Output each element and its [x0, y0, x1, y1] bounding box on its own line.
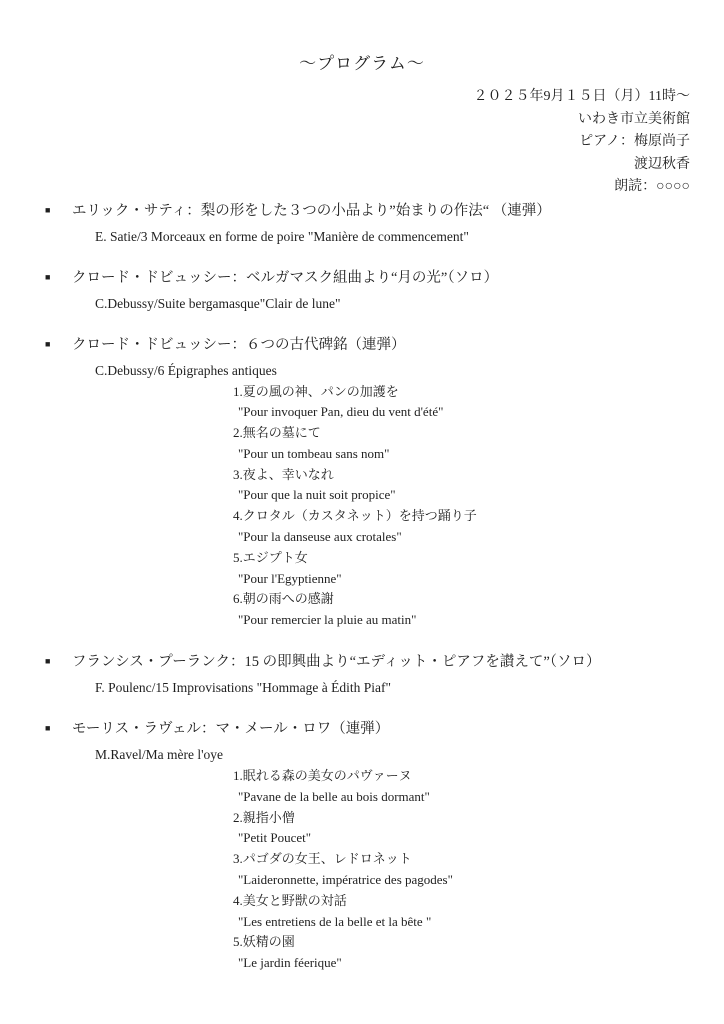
- bullet-square-icon: ■: [45, 724, 50, 733]
- movement-title-jp: 1.眠れる森の美女のパヴァーヌ: [233, 766, 724, 787]
- movement: 4.美女と野獣の対話 "Les entretiens de la belle e…: [233, 891, 724, 933]
- movement-title-jp: 4.美女と野獣の対話: [233, 891, 724, 912]
- movement-title-fr: "Pour un tombeau sans nom": [233, 444, 724, 465]
- movement-title-jp: 4.クロタル（カスタネット）を持つ踊り子: [233, 506, 724, 527]
- movement: 1.夏の風の神、パンの加護を "Pour invoquer Pan, dieu …: [233, 382, 724, 424]
- piece-title-jp: フランシス・プーランク：15 の即興曲より“エディット・ピアフを讃えて”（ソロ）: [72, 654, 601, 670]
- movement-title-jp: 2.親指小僧: [233, 808, 724, 829]
- movement-title-fr: "Pour invoquer Pan, dieu du vent d'été": [233, 402, 724, 423]
- performer-piano-1: ピアノ：梅原尚子: [0, 131, 690, 154]
- program-item: ■ エリック・サティ：梨の形をした３つの小品より”始まりの作法“ （連弾） E.…: [0, 201, 724, 247]
- movement: 4.クロタル（カスタネット）を持つ踊り子 "Pour la danseuse a…: [233, 506, 724, 548]
- piece-title-jp: クロード・ドビュッシー：６つの古代碑銘（連弾）: [72, 337, 406, 353]
- piece-line: ■ クロード・ドビュッシー：６つの古代碑銘（連弾）: [0, 335, 724, 356]
- movement: 5.妖精の園 "Le jardin féerique": [233, 932, 724, 974]
- movement-list: 1.夏の風の神、パンの加護を "Pour invoquer Pan, dieu …: [0, 382, 724, 632]
- movement-title-jp: 6.朝の雨への感謝: [233, 589, 724, 610]
- piece-title-latin: C.Debussy/6 Épigraphes antiques: [0, 360, 724, 381]
- page-title: ～プログラム～: [0, 0, 724, 75]
- piece-title-latin: F. Poulenc/15 Improvisations "Hommage à …: [0, 677, 724, 698]
- piece-title-latin: C.Debussy/Suite bergamasque"Clair de lun…: [0, 293, 724, 314]
- event-info: ２０２５年9月１５日（月）11時～ いわき市立美術館 ピアノ：梅原尚子 渡辺秋香…: [0, 86, 724, 199]
- movement-title-fr: "Pour la danseuse aux crotales": [233, 527, 724, 548]
- movement: 3.パゴダの女王、レドロネット "Laideronnette, impératr…: [233, 849, 724, 891]
- movement-title-fr: "Pour remercier la pluie au matin": [233, 610, 724, 631]
- movement: 1.眠れる森の美女のパヴァーヌ "Pavane de la belle au b…: [233, 766, 724, 808]
- movement-title-fr: "Pour l'Egyptienne": [233, 569, 724, 590]
- movement-title-fr: "Les entretiens de la belle et la bête ": [233, 912, 724, 933]
- bullet-square-icon: ■: [45, 273, 50, 282]
- movement-title-jp: 3.パゴダの女王、レドロネット: [233, 849, 724, 870]
- movement: 5.エジプト女 "Pour l'Egyptienne": [233, 548, 724, 590]
- movement-list: 1.眠れる森の美女のパヴァーヌ "Pavane de la belle au b…: [0, 766, 724, 974]
- concert-program-page: ～プログラム～ ２０２５年9月１５日（月）11時～ いわき市立美術館 ピアノ：梅…: [0, 0, 724, 1024]
- movement-title-fr: "Le jardin féerique": [233, 953, 724, 974]
- bullet-square-icon: ■: [45, 340, 50, 349]
- movement-title-jp: 1.夏の風の神、パンの加護を: [233, 382, 724, 403]
- program-list: ■ エリック・サティ：梨の形をした３つの小品より”始まりの作法“ （連弾） E.…: [0, 201, 724, 975]
- program-item: ■ クロード・ドビュッシー：ベルガマスク組曲より“月の光”（ソロ） C.Debu…: [0, 268, 724, 314]
- movement-title-fr: "Pour que la nuit soit propice": [233, 485, 724, 506]
- event-venue: いわき市立美術館: [0, 109, 690, 132]
- movement-title-jp: 3.夜よ、幸いなれ: [233, 465, 724, 486]
- piece-title-latin: M.Ravel/Ma mère l'oye: [0, 744, 724, 765]
- bullet-square-icon: ■: [45, 657, 50, 666]
- piece-title-jp: モーリス・ラヴェル：マ・メール・ロワ（連弾）: [72, 721, 389, 737]
- movement-title-fr: "Laideronnette, impératrice des pagodes": [233, 870, 724, 891]
- performer-narrator: 朗読：○○○○: [0, 176, 690, 199]
- movement-title-fr: "Petit Poucet": [233, 828, 724, 849]
- bullet-square-icon: ■: [45, 206, 50, 215]
- movement: 2.親指小僧 "Petit Poucet": [233, 808, 724, 850]
- piece-title-latin: E. Satie/3 Morceaux en forme de poire "M…: [0, 226, 724, 247]
- piece-line: ■ クロード・ドビュッシー：ベルガマスク組曲より“月の光”（ソロ）: [0, 268, 724, 289]
- movement: 2.無名の墓にて "Pour un tombeau sans nom": [233, 423, 724, 465]
- piece-title-jp: エリック・サティ：梨の形をした３つの小品より”始まりの作法“ （連弾）: [72, 203, 551, 219]
- movement-title-jp: 5.妖精の園: [233, 932, 724, 953]
- movement-title-jp: 5.エジプト女: [233, 548, 724, 569]
- piece-line: ■ モーリス・ラヴェル：マ・メール・ロワ（連弾）: [0, 719, 724, 740]
- movement: 3.夜よ、幸いなれ "Pour que la nuit soit propice…: [233, 465, 724, 507]
- piece-title-jp: クロード・ドビュッシー：ベルガマスク組曲より“月の光”（ソロ）: [72, 270, 498, 286]
- event-datetime: ２０２５年9月１５日（月）11時～: [0, 86, 690, 109]
- program-item: ■ フランシス・プーランク：15 の即興曲より“エディット・ピアフを讃えて”（ソ…: [0, 652, 724, 698]
- piece-line: ■ エリック・サティ：梨の形をした３つの小品より”始まりの作法“ （連弾）: [0, 201, 724, 222]
- movement-title-fr: "Pavane de la belle au bois dormant": [233, 787, 724, 808]
- movement-title-jp: 2.無名の墓にて: [233, 423, 724, 444]
- program-item: ■ モーリス・ラヴェル：マ・メール・ロワ（連弾） M.Ravel/Ma mère…: [0, 719, 724, 974]
- movement: 6.朝の雨への感謝 "Pour remercier la pluie au ma…: [233, 589, 724, 631]
- performer-piano-2: 渡辺秋香: [0, 154, 690, 177]
- piece-line: ■ フランシス・プーランク：15 の即興曲より“エディット・ピアフを讃えて”（ソ…: [0, 652, 724, 673]
- program-item: ■ クロード・ドビュッシー：６つの古代碑銘（連弾） C.Debussy/6 Ép…: [0, 335, 724, 632]
